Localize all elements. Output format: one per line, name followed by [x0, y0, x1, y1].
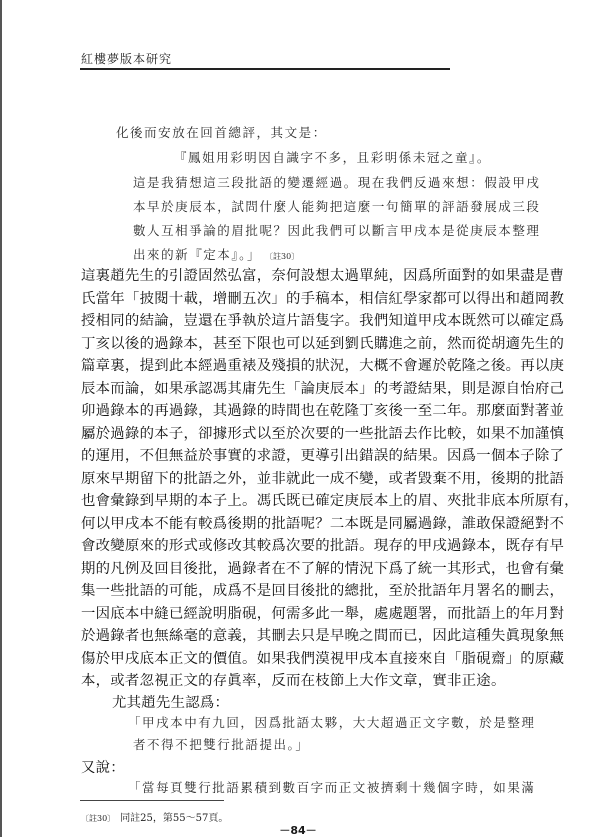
second-intro: 尤其趙先生認爲：: [112, 691, 229, 712]
body-line: 的運用，不但無益於事實的求證，更導引出錯誤的結果。因爲一個本子除了: [81, 444, 564, 465]
page-number: －84－: [0, 822, 596, 837]
body-line: 卯過錄本的再過錄，其過錄的時間也在乾隆丁亥後一至二年。那麼面對著並: [81, 399, 564, 420]
quote-line: 「當每頁雙行批語累積到數百字而正文被擠剩十幾個字時，如果滿: [128, 778, 535, 796]
body-line: 這裏趙先生的引證固然弘富，奈何設想太過單純，因爲所面對的如果盡是曹: [81, 264, 564, 285]
quote-line: 者不得不把雙行批語提出。」: [133, 735, 309, 753]
page-edge: [0, 0, 2, 837]
body-line: 授相同的結論，豈還在爭執於這片語隻字。我們知道甲戌本既然可以確定爲: [81, 309, 564, 330]
quote-line: 出來的新『定本』。」〔註30〕: [133, 245, 299, 263]
body-line: 丁亥以後的過錄本，甚至下限也可以延到劉氏購進之前，然而從胡適先生的: [81, 332, 564, 353]
body-line: 於過錄者也無絲毫的意義，其刪去只是早晚之間而已，因此這種失眞現象無: [81, 624, 564, 645]
running-title: 紅樓夢版本研究: [81, 50, 172, 67]
quote-line: 本早於庚辰本，試問什麼人能夠把這麼一句簡單的評語發展成三段: [133, 197, 540, 215]
header-rule: [80, 68, 450, 70]
body-line: 期的凡例及回目後批，過錄者在不了解的情況下爲了統一其形式，也會有彙: [81, 557, 564, 578]
footnote-rule: [80, 800, 224, 801]
body-line: 氏當年「披閱十載，增刪五次」的手稿本，相信紅學家都可以得出和趙岡教: [81, 287, 564, 308]
third-intro: 又說：: [81, 756, 125, 777]
body-line: 集一些批語的可能，成爲不是回目後批的總批，至於批語年月署名的刪去，: [81, 579, 564, 600]
body-line: 一因底本中縫已經說明脂硯，何需多此一舉，處處題署，而批語上的年月對: [81, 602, 564, 623]
quote-line-text: 出來的新『定本』。」: [133, 247, 261, 262]
body-line: 屬於過錄的本子，卻據形式以至於次要的一些批語去作比較，如果不加謹慎: [81, 422, 564, 443]
body-line: 辰本而論，如果承認馮其庸先生「論庚辰本」的考證結果，則是源自怡府己: [81, 377, 564, 398]
quote-lead-line: 化後而安放在回首總評，其文是：: [116, 123, 327, 141]
body-line: 也會彙錄到早期的本子上。馮氏既已確定庚辰本上的眉、夾批非底本所原有，: [81, 489, 579, 510]
note-reference[interactable]: 〔註30〕: [269, 252, 299, 261]
body-line: 何以甲戌本不能有較爲後期的批語呢？二本既是同屬過錄，誰敢保證絕對不: [81, 512, 564, 533]
quote-line: 這是我猜想這三段批語的變遷經過。現在我們反過來想：假設甲戌: [133, 173, 540, 191]
quote-line: 數人互相爭論的眉批呢？因此我們可以斷言甲戌本是從庚辰本整理: [133, 221, 540, 239]
body-line: 原來早期留下的批語之外，並非就此一成不變，或者毀棄不用，後期的批語: [81, 467, 564, 488]
body-line: 傷於甲戌底本正文的價值。如果我們漠視甲戌本直接來自「脂硯齋」的原藏: [81, 647, 564, 668]
quote-line: 「甲戌本中有九回，因爲批語太夥，大大超過正文字數，於是整理: [128, 713, 535, 731]
body-line: 本，或者忽視正文的存眞率，反而在枝節上大作文章，實非正途。: [81, 669, 506, 690]
quote-inner: 『鳳姐用彩明因自識字不多，且彩明係未冠之童』。: [174, 148, 491, 166]
body-line: 篇章裏，提到此本經過重裱及殘損的狀況，大概不會遲於乾隆之後。再以庚: [81, 354, 564, 375]
body-line: 會改變原來的形式或修改其較爲次要的批語。現存的甲戌過錄本，既存有早: [81, 534, 564, 555]
